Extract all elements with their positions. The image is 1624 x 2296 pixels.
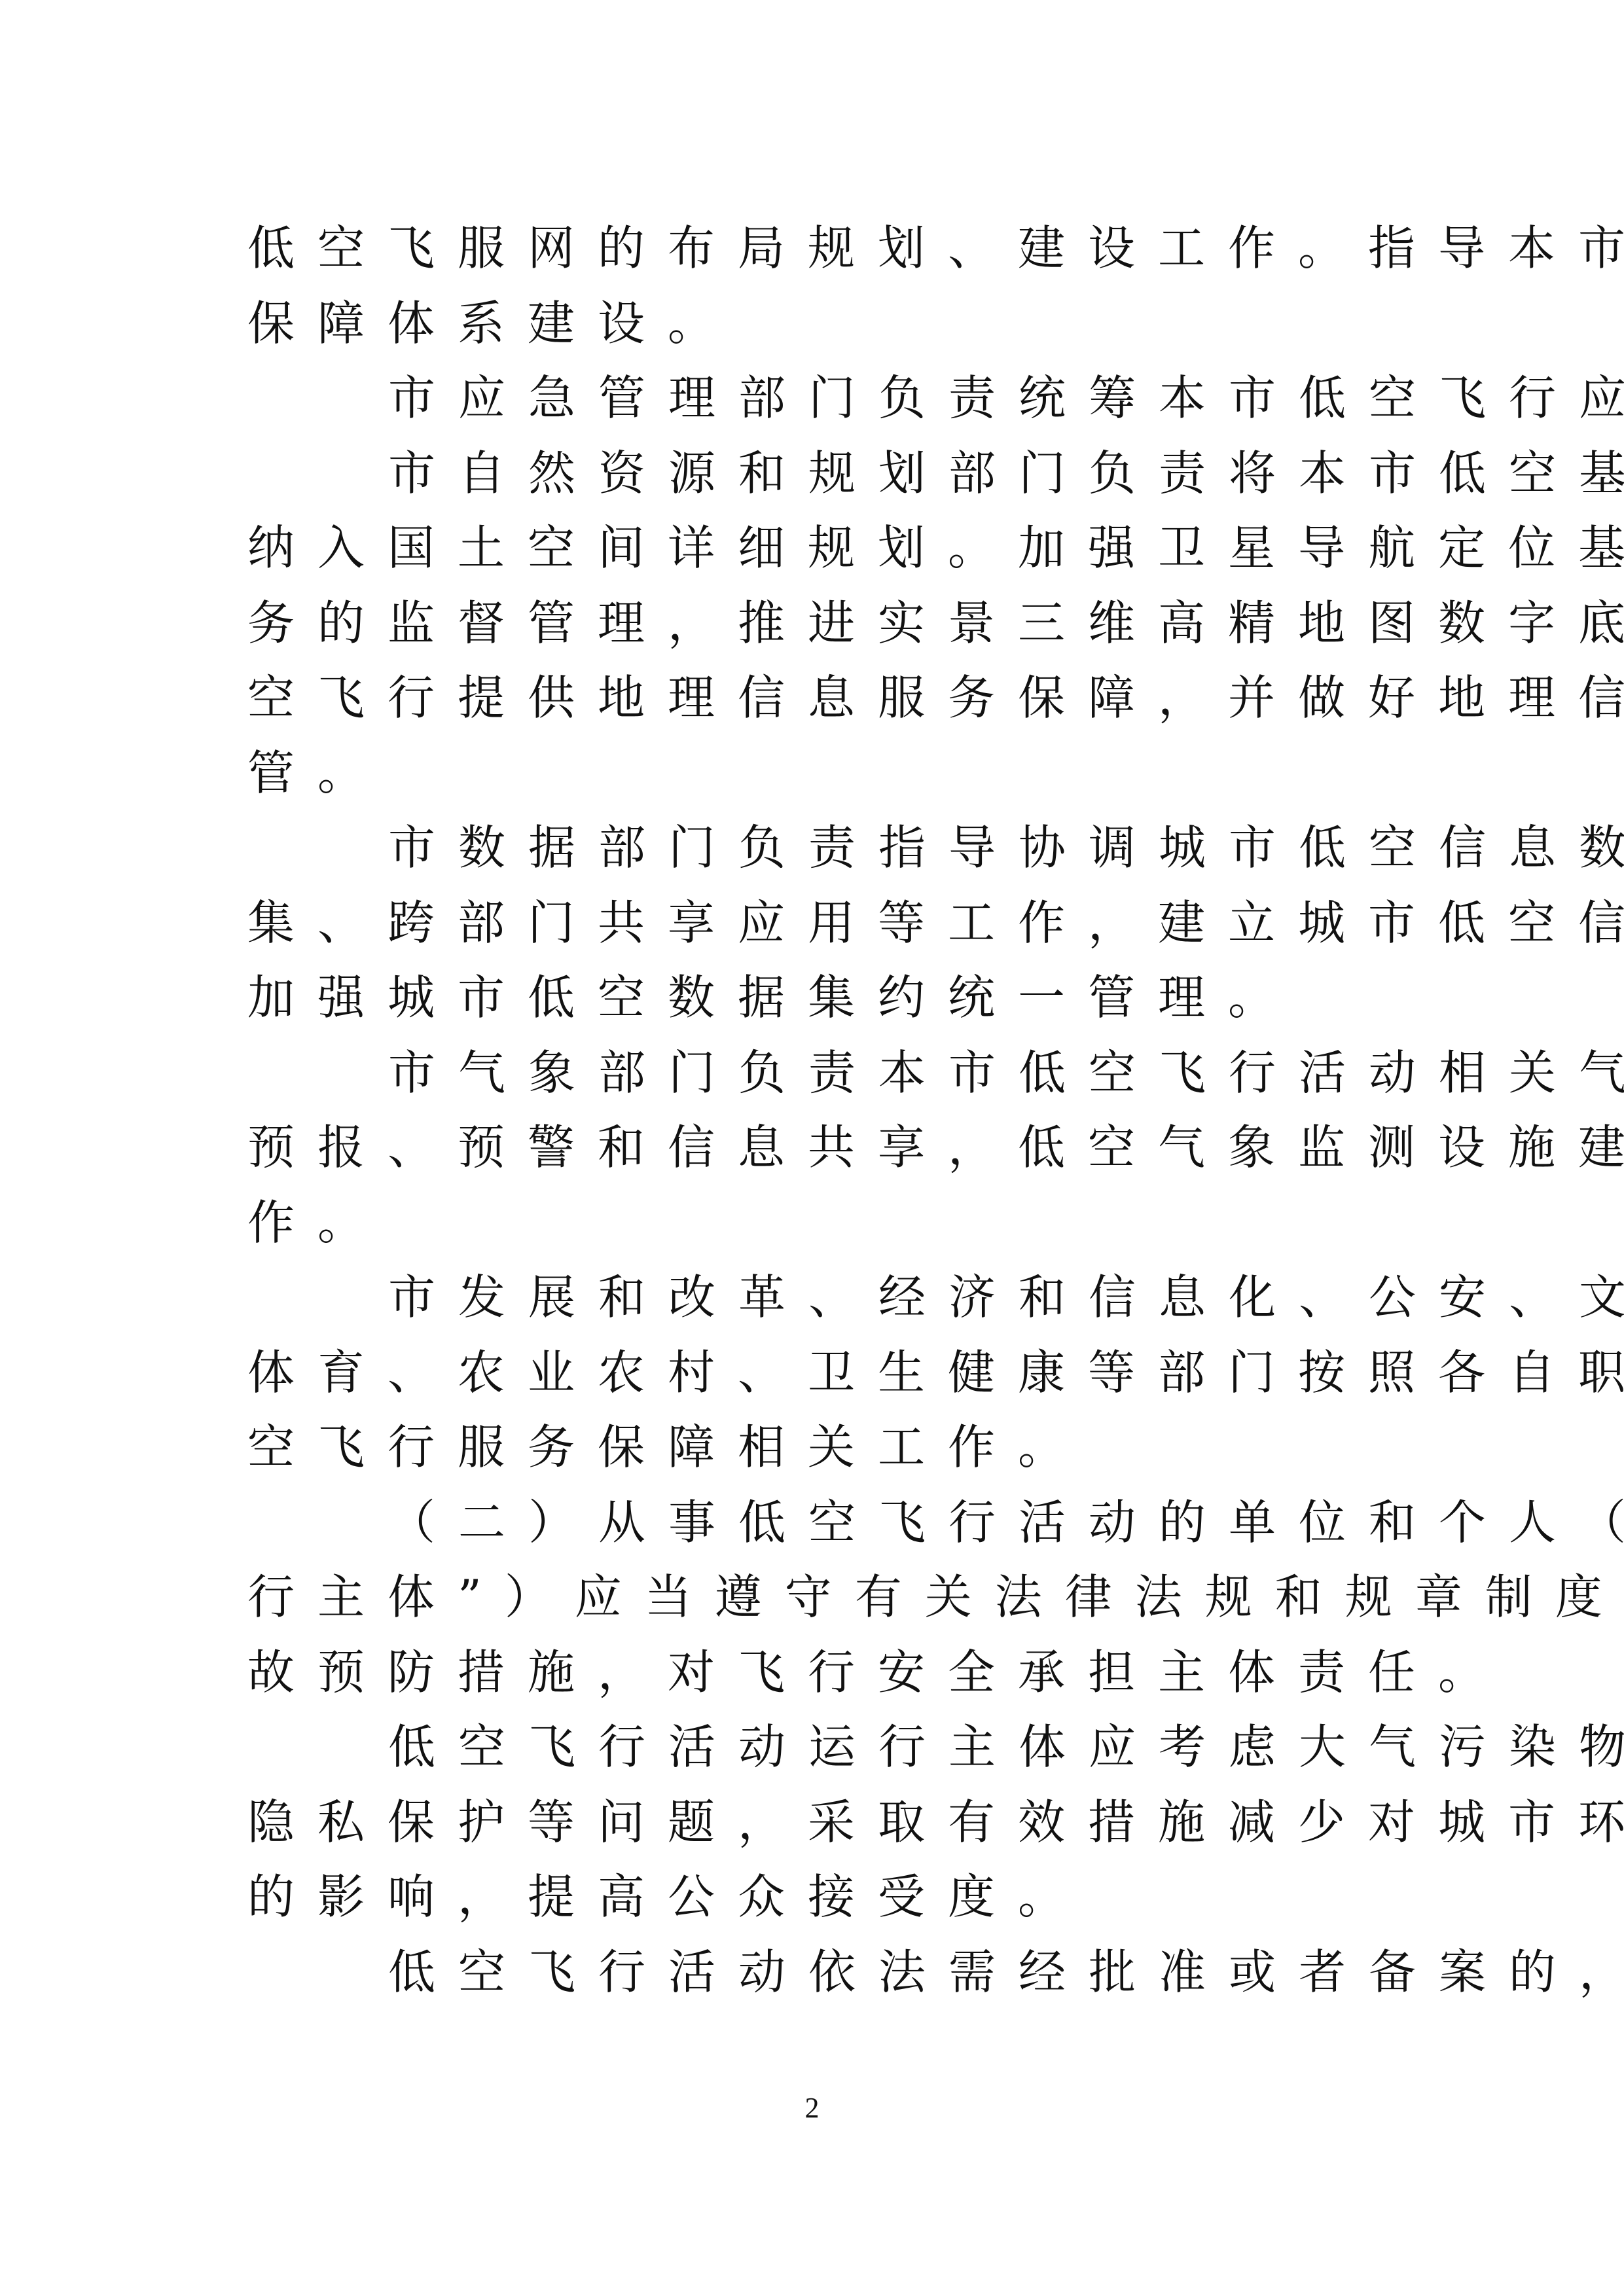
text-line: 务的监督管理，推进实景三维高精地图数字底座建设，为低 — [247, 586, 1377, 661]
text-line: 预报、预警和信息共享，低空气象监测设施建设和维护等工 — [247, 1110, 1377, 1185]
text-line: 保障体系建设。 — [247, 286, 1377, 361]
text-line: 加强城市低空数据集约统一管理。 — [247, 960, 1377, 1035]
text-line: 市气象部门负责本市低空飞行活动相关气象信息监测、 — [247, 1035, 1377, 1111]
text-line: 空飞行服务保障相关工作。 — [247, 1410, 1377, 1485]
text-line: 市发展和改革、经济和信息化、公安、文化广电旅游、 — [247, 1260, 1377, 1335]
paragraph-emergency-management: 市应急管理部门负责统筹本市低空飞行应急管理工作。 — [247, 361, 1377, 436]
text-line: 集、跨部门共享应用等工作，建立城市低空信息采集数据库， — [247, 886, 1377, 961]
text-line: 纳入国土空间详细规划。加强卫星导航定位基准站建设和服 — [247, 511, 1377, 586]
text-line: 管。 — [247, 736, 1377, 811]
paragraph-section-2-operators: （二）从事低空飞行活动的单位和个人（以下简称“运 行主体”）应当遵守有关法律法规… — [247, 1485, 1377, 1710]
text-line: 隐私保护等问题，采取有效措施减少对城市环境和社会公众 — [247, 1785, 1377, 1860]
paragraph-meteorology: 市气象部门负责本市低空飞行活动相关气象信息监测、 预报、预警和信息共享，低空气象… — [247, 1035, 1377, 1261]
paragraph-natural-resources: 市自然资源和规划部门负责将本市低空基础设施规划 纳入国土空间详细规划。加强卫星导… — [247, 436, 1377, 811]
text-line: 行主体”）应当遵守有关法律法规和规章制度，主动采取事 — [247, 1560, 1377, 1635]
text-line: （二）从事低空飞行活动的单位和个人（以下简称“运 — [247, 1485, 1377, 1560]
paragraph-other-departments: 市发展和改革、经济和信息化、公安、文化广电旅游、 体育、农业农村、卫生健康等部门… — [247, 1260, 1377, 1485]
text-line: 作。 — [247, 1185, 1377, 1261]
text-line: 的影响，提高公众接受度。 — [247, 1859, 1377, 1935]
document-body: 低空飞服网的布局规划、建设工作。指导本市低空飞行服务 保障体系建设。 市应急管理… — [247, 211, 1377, 2009]
text-line: 体育、农业农村、卫生健康等部门按照各自职责共同做好低 — [247, 1335, 1377, 1410]
text-line: 低空飞服网的布局规划、建设工作。指导本市低空飞行服务 — [247, 211, 1377, 286]
text-line: 市应急管理部门负责统筹本市低空飞行应急管理工作。 — [247, 361, 1377, 436]
paragraph-1: 低空飞服网的布局规划、建设工作。指导本市低空飞行服务 保障体系建设。 — [247, 211, 1377, 361]
text-line: 市自然资源和规划部门负责将本市低空基础设施规划 — [247, 436, 1377, 511]
text-line: 市数据部门负责指导协调城市低空信息数据的编目归 — [247, 810, 1377, 886]
text-line: 故预防措施，对飞行安全承担主体责任。 — [247, 1635, 1377, 1710]
text-line: 低空飞行活动依法需经批准或者备案的，应当在批准或 — [247, 1935, 1377, 2010]
text-line: 低空飞行活动运行主体应考虑大气污染物、噪声排放、 — [247, 1710, 1377, 1785]
paragraph-approval-filing: 低空飞行活动依法需经批准或者备案的，应当在批准或 — [247, 1935, 1377, 2010]
page-number: 2 — [0, 2091, 1624, 2125]
paragraph-environment-privacy: 低空飞行活动运行主体应考虑大气污染物、噪声排放、 隐私保护等问题，采取有效措施减… — [247, 1710, 1377, 1935]
paragraph-data-department: 市数据部门负责指导协调城市低空信息数据的编目归 集、跨部门共享应用等工作，建立城… — [247, 810, 1377, 1035]
text-line: 空飞行提供地理信息服务保障，并做好地理信息安全应用监 — [247, 660, 1377, 736]
